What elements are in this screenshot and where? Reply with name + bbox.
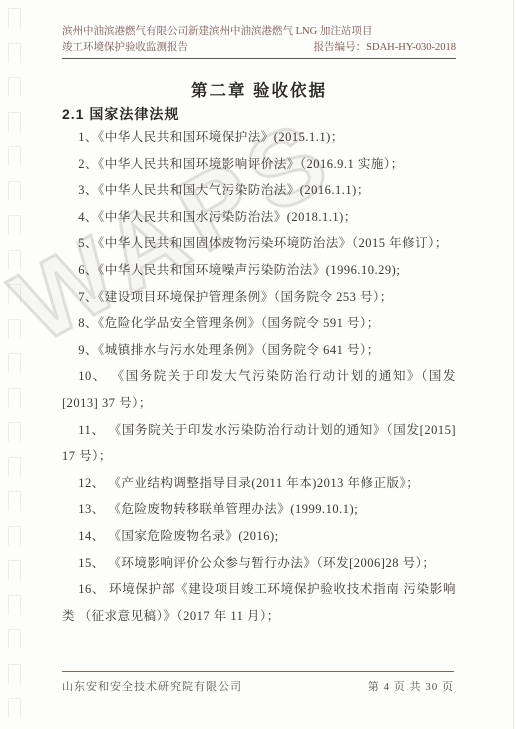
scan-artifact xyxy=(8,146,21,166)
list-item: 8、《危险化学品安全管理条例》（国务院令 591 号）； xyxy=(62,310,456,337)
scan-artifact xyxy=(8,560,21,580)
scan-artifact xyxy=(8,77,21,97)
list-item: 7、《建设项目环境保护管理条例》（国务院令 253 号）； xyxy=(62,284,456,311)
scan-artifact xyxy=(8,319,21,339)
list-item: 1、《中华人民共和国环境保护法》(2015.1.1)； xyxy=(62,124,456,151)
list-item: 16、 环境保护部《建设项目竣工环境保护验收技术指南 污染影响类 （征求意见稿）… xyxy=(62,576,456,629)
scan-artifact xyxy=(8,388,21,408)
scan-artifact xyxy=(8,457,21,477)
scan-artifact xyxy=(8,526,21,546)
scan-artifact xyxy=(8,43,21,63)
scan-artifact xyxy=(8,8,21,28)
list-item: 3、《中华人民共和国大气污染防治法》(2016.1.1)； xyxy=(62,177,456,204)
document-page: WAPS 滨州中油滨港燃气有限公司新建滨州中油滨港燃气 LNG 加注站项目 竣工… xyxy=(0,0,516,729)
scan-artifact xyxy=(8,491,21,511)
scan-artifact xyxy=(8,664,21,684)
list-item: 5、《中华人民共和国固体废物污染环境防治法》（2015 年修订）； xyxy=(62,230,456,257)
list-item: 6、《中华人民共和国环境噪声污染防治法》(1996.10.29); xyxy=(62,257,456,284)
page-footer: 山东安和安全技术研究院有限公司 第 4 页 共 30 页 xyxy=(62,671,454,694)
list-item: 4、《中华人民共和国水污染防治法》(2018.1.1)； xyxy=(62,204,456,231)
chapter-title: 第二章 验收依据 xyxy=(62,77,456,101)
list-item: 9、《城镇排水与污水处理条例》（国务院令 641 号）； xyxy=(62,337,456,364)
scan-artifact xyxy=(8,698,21,718)
header-project-title: 滨州中油滨港燃气有限公司新建滨州中油滨港燃气 LNG 加注站项目 xyxy=(62,24,456,40)
list-item: 15、 《环境影响评价公众参与暂行办法》（环发[2006]28 号）； xyxy=(62,550,456,577)
list-item: 12、 《产业结构调整指导目录(2011 年本)2013 年修正版》； xyxy=(62,470,456,497)
scan-artifact xyxy=(8,595,21,615)
section-heading: 2.1 国家法律法规 xyxy=(62,104,179,124)
page-header: 滨州中油滨港燃气有限公司新建滨州中油滨港燃气 LNG 加注站项目 竣工环境保护验… xyxy=(62,24,456,59)
scan-artifact xyxy=(8,181,21,201)
footer-page-number: 第 4 页 共 30 页 xyxy=(368,678,454,694)
header-report-number: 报告编号：SDAH-HY-030-2018 xyxy=(314,40,456,56)
scan-artifact xyxy=(8,250,21,270)
header-report-title: 竣工环境保护验收监测报告 xyxy=(62,40,188,56)
scan-edge-artifacts xyxy=(0,0,30,729)
scan-artifact xyxy=(8,215,21,235)
scan-artifact xyxy=(8,284,21,304)
footer-company: 山东安和安全技术研究院有限公司 xyxy=(62,678,242,694)
scan-artifact xyxy=(8,629,21,649)
scan-artifact xyxy=(8,422,21,442)
list-item: 2、《中华人民共和国环境影响评价法》（2016.9.1 实施）； xyxy=(62,151,456,178)
law-list: 1、《中华人民共和国环境保护法》(2015.1.1)；2、《中华人民共和国环境影… xyxy=(62,124,456,629)
scan-edge-line xyxy=(513,0,514,729)
list-item: 13、 《危险废物转移联单管理办法》(1999.10.1); xyxy=(62,496,456,523)
list-item: 11、 《国务院关于印发水污染防治行动计划的通知》（国发[2015] 17 号）… xyxy=(62,417,456,470)
scan-artifact xyxy=(8,112,21,132)
list-item: 14、 《国家危险废物名录》(2016); xyxy=(62,523,456,550)
list-item: 10、 《国务院关于印发大气污染防治行动计划的通知》（国发[2013] 37 号… xyxy=(62,363,456,416)
scan-artifact xyxy=(8,353,21,373)
